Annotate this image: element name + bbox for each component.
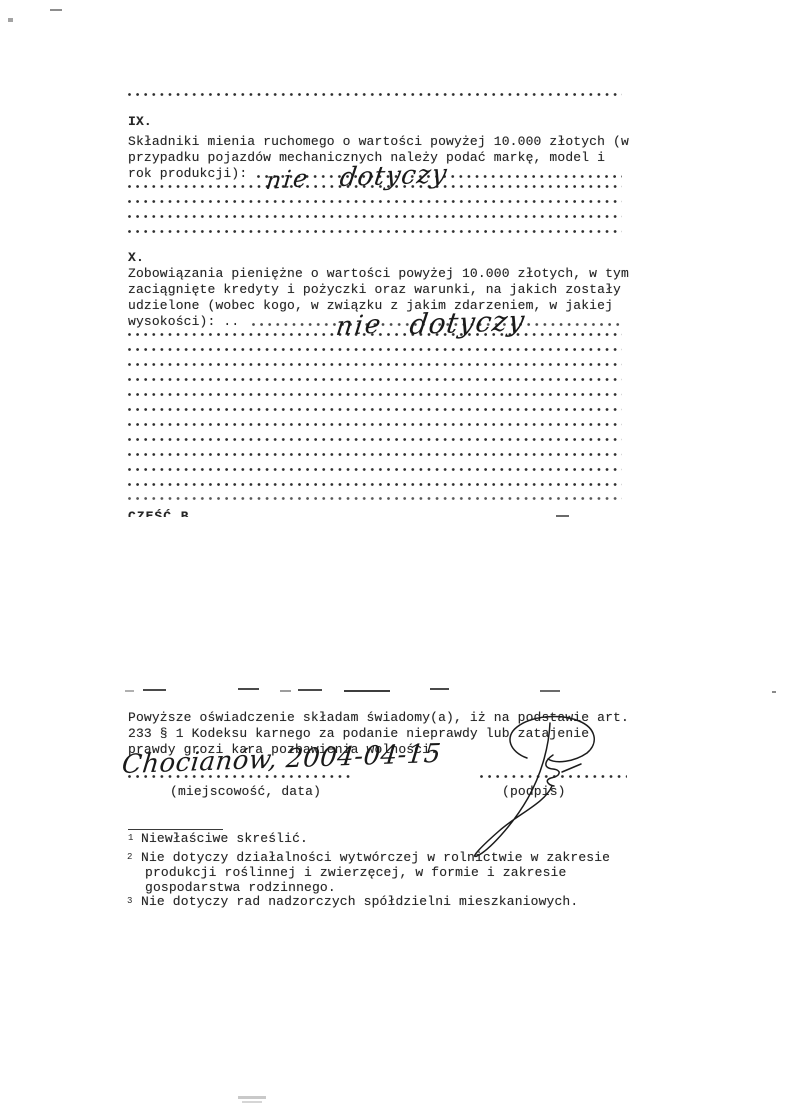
dotted-line — [128, 214, 622, 219]
dotted-line — [128, 347, 622, 352]
section-x-heading: X. — [128, 250, 144, 266]
scan-dash — [280, 690, 291, 692]
dotted-line — [128, 407, 622, 412]
scan-dash — [143, 689, 166, 691]
handwriting-dotyczy: dotyczy — [338, 159, 450, 193]
dotted-line — [128, 392, 622, 397]
scan-dash — [344, 690, 390, 692]
section-x-line1: Zobowiązania pieniężne o wartości powyże… — [128, 266, 629, 282]
section-x-line2: zaciągnięte kredyty i pożyczki oraz waru… — [128, 282, 621, 298]
scan-speck — [772, 691, 776, 693]
footnote3-marker: 3 — [127, 893, 132, 909]
footnote2-line2: produkcji roślinnej i zwierzęcej, w form… — [145, 865, 566, 881]
footnote1-marker: 1 — [128, 830, 133, 846]
dotted-line — [128, 482, 622, 487]
scan-dash — [125, 690, 134, 692]
dotted-line — [128, 496, 622, 501]
scan-dash — [298, 689, 322, 691]
scan-dash — [238, 688, 259, 690]
scan-speck — [242, 1101, 262, 1103]
scan-speck — [238, 1096, 266, 1099]
section-ix-line3-prefix: rok produkcji): — [128, 166, 255, 182]
dotted-line — [128, 362, 622, 367]
dotted-line — [128, 467, 622, 472]
dotted-line — [128, 377, 622, 382]
handwritten-signature — [420, 685, 680, 870]
footnote2-marker: 2 — [127, 849, 132, 865]
part-b-heading-clipped: CZĘŚĆ B — [128, 509, 248, 517]
section-ix-line1: Składniki mienia ruchomego o wartości po… — [128, 134, 629, 150]
place-date-label: (miejscowość, data) — [170, 784, 321, 800]
section-ix-heading: IX. — [128, 114, 152, 130]
footnote3-text: Nie dotyczy rad nadzorczych spółdzielni … — [141, 894, 578, 910]
dotted-line — [128, 422, 622, 427]
place-date-dotted-line — [128, 774, 350, 779]
section-x-line4-prefix: wysokości): .. — [128, 314, 239, 330]
footnote1-text: Niewłaściwe skreślić. — [141, 831, 308, 847]
scan-speck — [8, 18, 13, 22]
scan-speck — [556, 515, 569, 517]
handwriting-nie: nie — [334, 309, 384, 342]
footnote2-line1: Nie dotyczy działalności wytwórczej w ro… — [141, 850, 610, 866]
dotted-line — [128, 199, 622, 204]
handwriting-nie: nie — [265, 164, 311, 195]
handwriting-dotyczy: dotyczy — [408, 304, 528, 341]
scan-speck — [50, 9, 62, 11]
dotted-line — [128, 437, 622, 442]
dotted-line — [128, 92, 622, 97]
scanned-declaration-page: IX. Składniki mienia ruchomego o wartośc… — [0, 0, 791, 1117]
dotted-line — [128, 229, 622, 234]
dotted-line — [128, 452, 622, 457]
